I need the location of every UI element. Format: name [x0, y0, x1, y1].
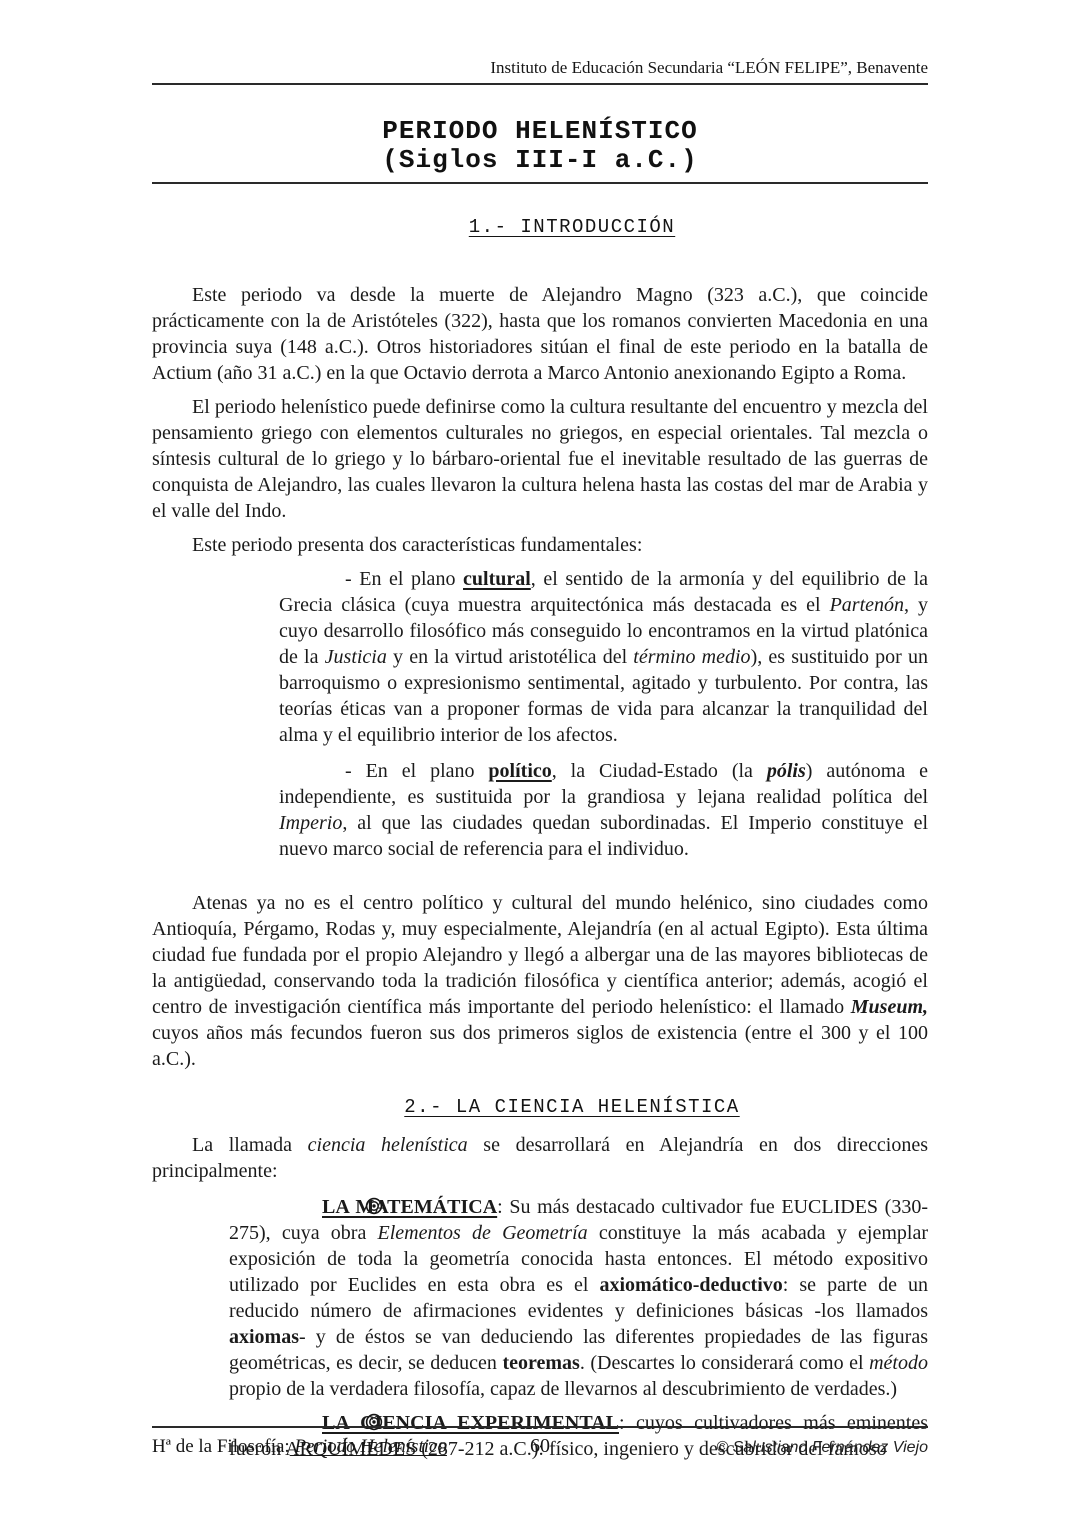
paragraph-athens-alexandria: Atenas ya no es el centro político y cul…	[152, 890, 928, 1072]
paragraph-period-dates: Este periodo va desde la muerte de Aleja…	[152, 282, 928, 386]
page-header: Instituto de Educación Secundaria “LEÓN …	[152, 0, 928, 85]
bullseye-icon	[297, 1196, 315, 1214]
page-number: 60	[510, 1435, 570, 1458]
section-heading-science: 2.- LA CIENCIA HELENÍSTICA	[152, 1094, 928, 1120]
page-footer: Hª de la Filosofía: Periodo Helenístico …	[152, 1426, 928, 1458]
title-line-2: (Siglos III-I a.C.)	[152, 146, 928, 175]
paragraph-two-characteristics: Este periodo presenta dos característica…	[152, 532, 928, 558]
bullet-political-plane: - En el plano político, la Ciudad-Estado…	[279, 758, 928, 862]
document-title: PERIODO HELENÍSTICO (Siglos III-I a.C.)	[152, 117, 928, 184]
footer-course: Hª de la Filosofía: Periodo Helenístico	[152, 1436, 510, 1458]
section-heading-introduction: 1.- INTRODUCCIÓN	[152, 214, 928, 240]
bullet-mathematics-text: LA MATEMÁTICA: Su más destacado cultivad…	[229, 1196, 928, 1400]
section-heading-introduction-text: 1.- INTRODUCCIÓN	[469, 216, 675, 238]
footer-course-title: Periodo Helenístico	[290, 1436, 447, 1457]
bullet-mathematics: LA MATEMÁTICA: Su más destacado cultivad…	[229, 1194, 928, 1402]
section-heading-science-text: 2.- LA CIENCIA HELENÍSTICA	[404, 1096, 739, 1118]
page-content: Instituto de Educación Secundaria “LEÓN …	[152, 0, 928, 1462]
document-page: Instituto de Educación Secundaria “LEÓN …	[0, 0, 1080, 1528]
footer-copyright: © Salustiano Fernández Viejo	[570, 1439, 928, 1457]
paragraph-science-intro: La llamada ciencia helenística se desarr…	[152, 1132, 928, 1184]
footer-course-label: Hª de la Filosofía:	[152, 1436, 290, 1457]
paragraph-hellenistic-definition: El periodo helenístico puede definirse c…	[152, 394, 928, 524]
institution-name: Instituto de Educación Secundaria “LEÓN …	[490, 58, 928, 77]
bullet-cultural-plane: - En el plano cultural, el sentido de la…	[279, 566, 928, 748]
title-line-1: PERIODO HELENÍSTICO	[152, 117, 928, 146]
